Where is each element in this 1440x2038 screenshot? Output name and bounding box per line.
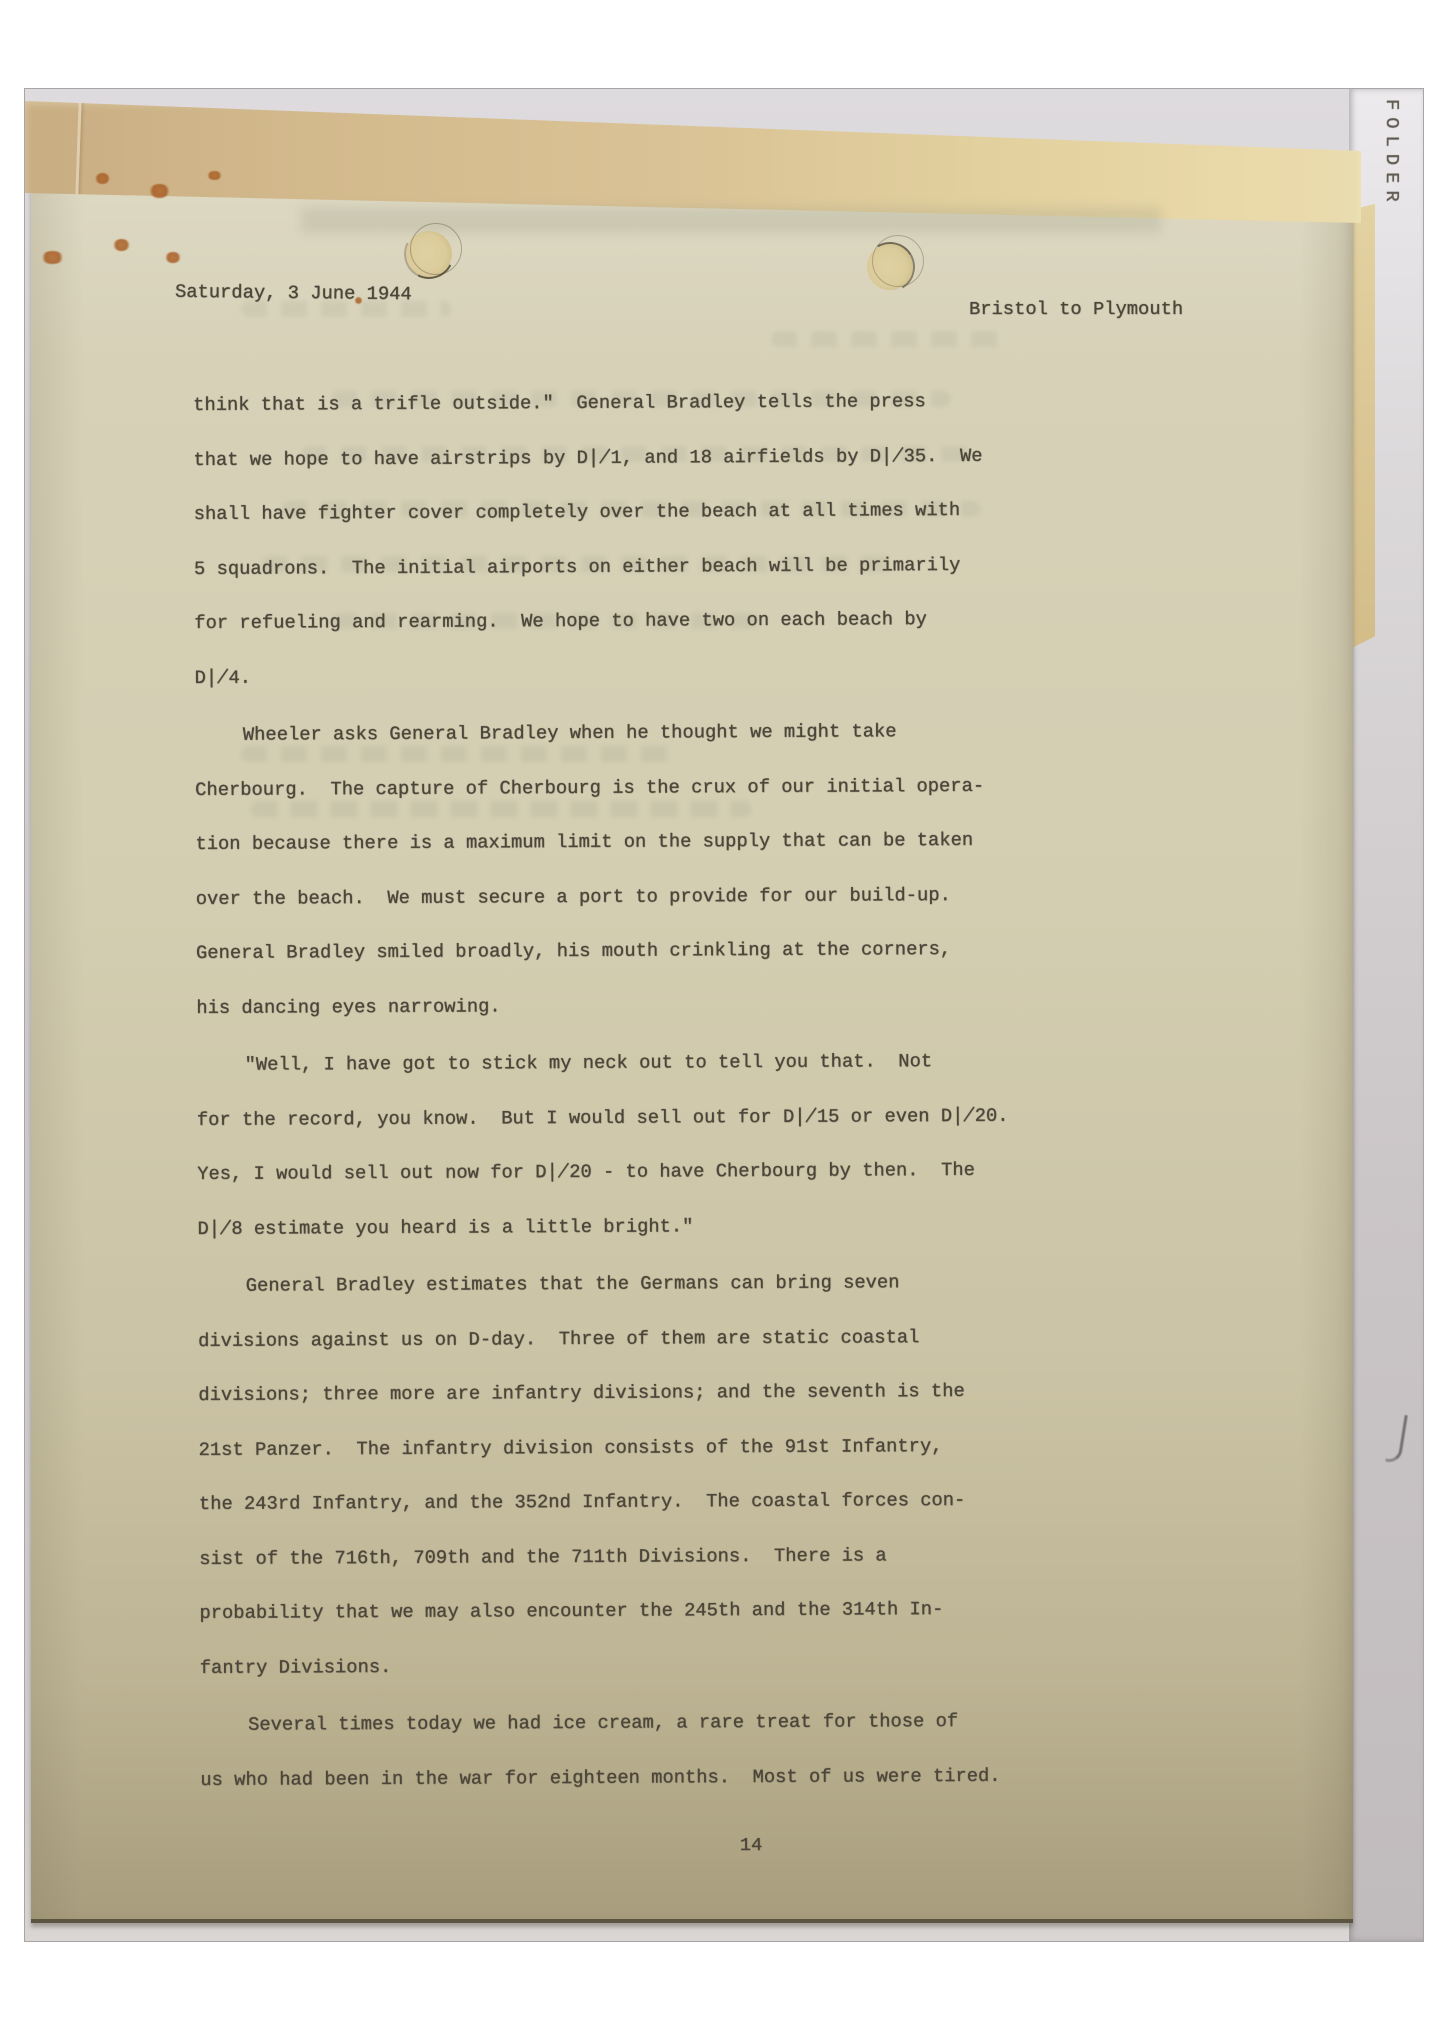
paragraph-line: Wheeler asks General Bradley when he tho… (195, 703, 1205, 763)
bleed-through-smudge (771, 331, 1006, 347)
page-number: 14 (691, 1825, 811, 1865)
paragraph: General Bradley estimates that the Germa… (198, 1254, 1210, 1695)
folder-label: FOLDER (1381, 99, 1403, 209)
stain-mark (113, 239, 130, 251)
paragraph-line: fantry Divisions. (200, 1635, 1210, 1695)
stain-mark (41, 251, 64, 264)
paragraph-line: divisions against us on D-day. Three of … (198, 1308, 1208, 1368)
paragraph-line: over the beach. We must secure a port to… (196, 866, 1206, 926)
paragraph-line: D∤8 estimate you heard is a little brigh… (197, 1196, 1207, 1256)
paragraph-line: for refueling and rearming. We hope to h… (194, 591, 1204, 651)
paragraph-line: tion because there is a maximum limit on… (195, 812, 1205, 872)
header-date: Saturday, 3 June 1944 (175, 272, 412, 314)
paragraph: Wheeler asks General Bradley when he tho… (195, 703, 1207, 1035)
paragraph-line: D∤4. (194, 645, 1204, 705)
paragraph-line: for the record, you know. But I would se… (197, 1087, 1207, 1147)
paragraph-line: Cherbourg. The capture of Cherbourg is t… (195, 757, 1205, 817)
paragraph-line: 5 squadrons. The initial airports on eit… (194, 536, 1204, 596)
paragraph-line: "Well, I have got to stick my neck out t… (196, 1033, 1206, 1093)
paragraph-line: us who had been in the war for eighteen … (200, 1747, 1210, 1807)
stain-mark (149, 184, 170, 198)
paragraph-line: General Bradley smiled broadly, his mout… (196, 921, 1206, 981)
paragraph-line: Several times today we had ice cream, a … (200, 1693, 1210, 1753)
header-route: Bristol to Plymouth (969, 289, 1183, 329)
paragraph-line: shall have fighter cover completely over… (194, 482, 1204, 542)
paragraph-line: the 243rd Infantry, and the 352nd Infant… (199, 1472, 1209, 1532)
paragraph: Several times today we had ice cream, a … (200, 1693, 1211, 1807)
paragraph: think that is a trifle outside." General… (193, 373, 1205, 705)
paragraph-line: 21st Panzer. The infantry division consi… (198, 1417, 1208, 1477)
paragraph-line: think that is a trifle outside." General… (193, 373, 1203, 433)
paper-fold-line (75, 99, 81, 195)
paragraph-line: sist of the 716th, 709th and the 711th D… (199, 1526, 1209, 1586)
document-body: think that is a trifle outside." General… (193, 373, 1210, 1810)
paragraph-line: his dancing eyes narrowing. (196, 975, 1206, 1035)
scanned-photo: FOLDER Saturday, 3 June 1944 Bristol to … (24, 88, 1424, 1942)
paragraph-line: probability that we may also encounter t… (199, 1581, 1209, 1641)
stain-mark (165, 252, 181, 263)
hole-punch-mark (406, 231, 452, 277)
scan-canvas: { "doc": { "header_date": "Saturday, 3 J… (0, 0, 1440, 2038)
stain-mark (95, 173, 110, 184)
paragraph-line: that we hope to have airstrips by D∤1, a… (193, 427, 1203, 487)
paragraph: "Well, I have got to stick my neck out t… (196, 1033, 1207, 1256)
paragraph-line: Yes, I would sell out now for D∤20 - to … (197, 1142, 1207, 1202)
hole-punch-mark (867, 244, 913, 290)
paragraph-line: divisions; three more are infantry divis… (198, 1363, 1208, 1423)
stain-mark (207, 171, 222, 180)
paragraph-line: General Bradley estimates that the Germa… (198, 1254, 1208, 1314)
